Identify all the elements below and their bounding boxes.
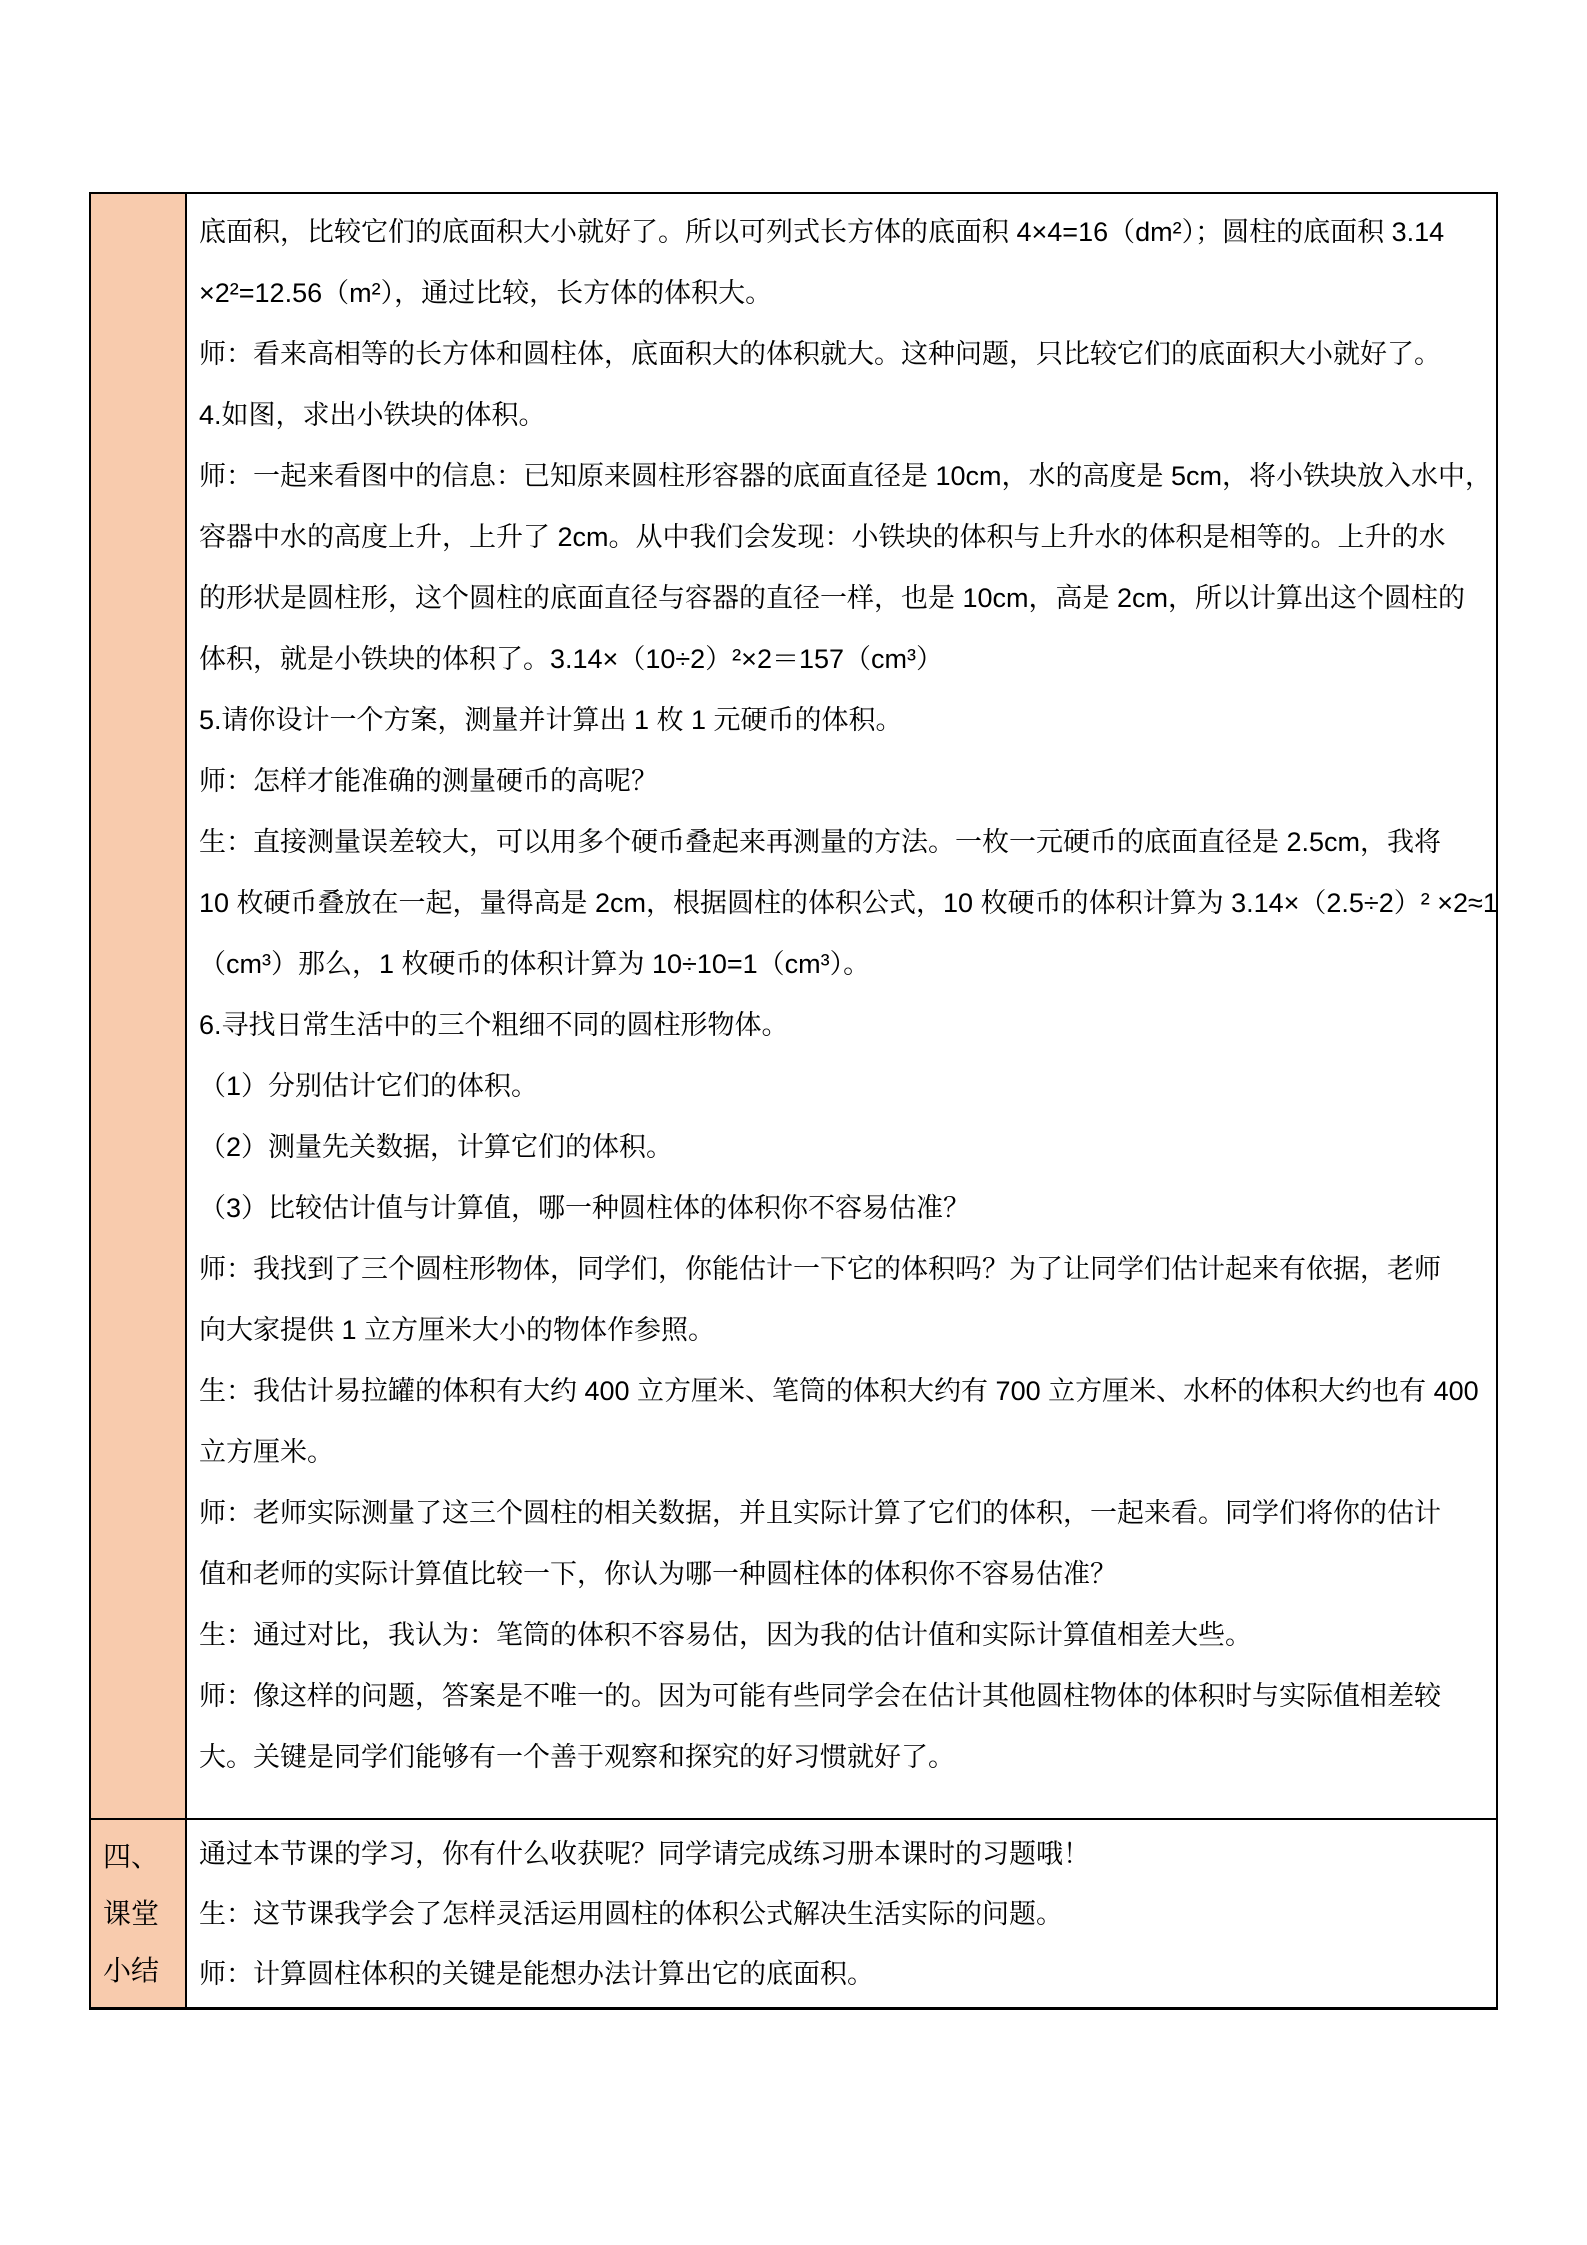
text-line: 底面积，比较它们的底面积大小就好了。所以可列式长方体的底面积 4×4=16（dm… <box>199 202 1484 263</box>
text-line: 通过本节课的学习，你有什么收获呢？同学请完成练习册本课时的习题哦！ <box>199 1824 1484 1884</box>
text-line: 师：老师实际测量了这三个圆柱的相关数据，并且实际计算了它们的体积，一起来看。同学… <box>199 1483 1484 1544</box>
text-line: 生：通过对比，我认为：笔筒的体积不容易估，因为我的估计值和实际计算值相差大些。 <box>199 1605 1484 1666</box>
class-summary-content-cell: 通过本节课的学习，你有什么收获呢？同学请完成练习册本课时的习题哦！生：这节课我学… <box>187 1820 1496 2007</box>
text-line: 课堂 <box>103 1885 181 1942</box>
exercises-content-cell: 底面积，比较它们的底面积大小就好了。所以可列式长方体的底面积 4×4=16（dm… <box>187 194 1496 1818</box>
text-line: 4.如图，求出小铁块的体积。 <box>199 385 1484 446</box>
text-line: 师：看来高相等的长方体和圆柱体，底面积大的体积就大。这种问题，只比较它们的底面积… <box>199 324 1484 385</box>
text-line: 立方厘米。 <box>199 1422 1484 1483</box>
table-row-class-summary: 四、课堂小结 通过本节课的学习，你有什么收获呢？同学请完成练习册本课时的习题哦！… <box>91 1818 1496 2007</box>
text-line: 的形状是圆柱形，这个圆柱的底面直径与容器的直径一样，也是 10cm，高是 2cm… <box>199 568 1484 629</box>
text-line: 5.请你设计一个方案，测量并计算出 1 枚 1 元硬币的体积。 <box>199 690 1484 751</box>
text-line: （cm³）那么，1 枚硬币的体积计算为 10÷10=1（cm³）。 <box>199 934 1484 995</box>
text-line: 容器中水的高度上升，上升了 2cm。从中我们会发现：小铁块的体积与上升水的体积是… <box>199 507 1484 568</box>
text-line: 生：这节课我学会了怎样灵活运用圆柱的体积公式解决生活实际的问题。 <box>199 1884 1484 1944</box>
text-line: 师：我找到了三个圆柱形物体，同学们，你能估计一下它的体积吗？为了让同学们估计起来… <box>199 1239 1484 1300</box>
text-line: 体积，就是小铁块的体积了。3.14×（10÷2）²×2＝157（cm³） <box>199 629 1484 690</box>
text-line: （2）测量先关数据，计算它们的体积。 <box>199 1117 1484 1178</box>
text-line: 6.寻找日常生活中的三个粗细不同的圆柱形物体。 <box>199 995 1484 1056</box>
text-line: 小结 <box>103 1942 181 1999</box>
text-line: 大。关键是同学们能够有一个善于观察和探究的好习惯就好了。 <box>199 1727 1484 1788</box>
text-line: 四、 <box>103 1828 181 1885</box>
text-line: ×2²=12.56（m²），通过比较，长方体的体积大。 <box>199 263 1484 324</box>
section-label-cell-empty <box>91 194 187 1818</box>
text-line: 生：直接测量误差较大，可以用多个硬币叠起来再测量的方法。一枚一元硬币的底面直径是… <box>199 812 1484 873</box>
text-line: （1）分别估计它们的体积。 <box>199 1056 1484 1117</box>
table-row-exercises: 底面积，比较它们的底面积大小就好了。所以可列式长方体的底面积 4×4=16（dm… <box>91 194 1496 1818</box>
text-line: 生：我估计易拉罐的体积有大约 400 立方厘米、笔筒的体积大约有 700 立方厘… <box>199 1361 1484 1422</box>
text-line: 向大家提供 1 立方厘米大小的物体作参照。 <box>199 1300 1484 1361</box>
text-line: （3）比较估计值与计算值，哪一种圆柱体的体积你不容易估准？ <box>199 1178 1484 1239</box>
lesson-plan-table: 底面积，比较它们的底面积大小就好了。所以可列式长方体的底面积 4×4=16（dm… <box>89 192 1498 2010</box>
text-line: 10 枚硬币叠放在一起，量得高是 2cm，根据圆柱的体积公式，10 枚硬币的体积… <box>199 873 1484 934</box>
text-line: 师：像这样的问题，答案是不唯一的。因为可能有些同学会在估计其他圆柱物体的体积时与… <box>199 1666 1484 1727</box>
text-line: 师：怎样才能准确的测量硬币的高呢？ <box>199 751 1484 812</box>
text-line: 师：一起来看图中的信息：已知原来圆柱形容器的底面直径是 10cm，水的高度是 5… <box>199 446 1484 507</box>
section-label-class-summary: 四、课堂小结 <box>91 1820 187 2007</box>
text-line: 值和老师的实际计算值比较一下，你认为哪一种圆柱体的体积你不容易估准？ <box>199 1544 1484 1605</box>
document-page: 底面积，比较它们的底面积大小就好了。所以可列式长方体的底面积 4×4=16（dm… <box>0 0 1587 2245</box>
text-line: 师：计算圆柱体积的关键是能想办法计算出它的底面积。 <box>199 1944 1484 2004</box>
